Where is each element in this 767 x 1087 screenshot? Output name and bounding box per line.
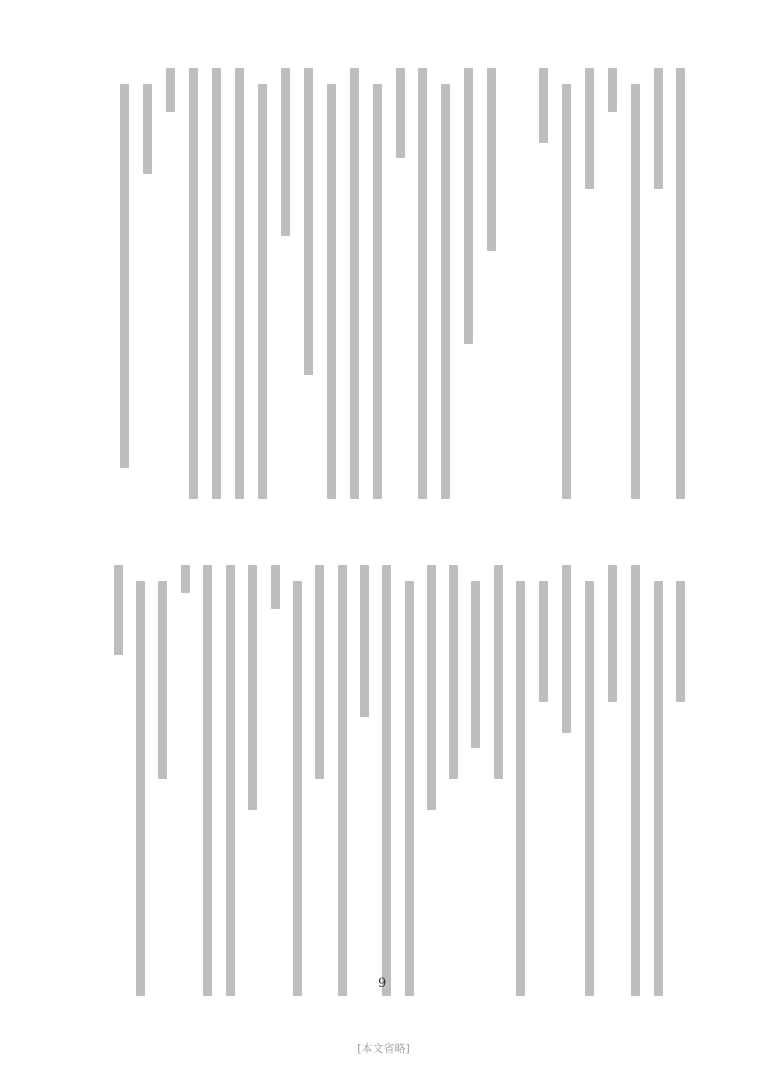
text-column-redacted <box>248 565 257 810</box>
text-column-redacted <box>120 84 129 469</box>
text-column-redacted <box>631 565 640 996</box>
text-column-redacted <box>136 581 145 997</box>
text-column-redacted <box>608 565 617 702</box>
text-column-redacted <box>315 565 324 779</box>
text-column-redacted <box>449 565 458 779</box>
text-column-redacted <box>405 581 414 997</box>
text-column-redacted <box>293 581 302 997</box>
text-column-redacted <box>235 68 244 499</box>
text-column-redacted <box>516 581 525 997</box>
text-column-redacted <box>631 84 640 500</box>
text-column-redacted <box>181 565 190 593</box>
text-column-redacted <box>212 68 221 499</box>
text-column-redacted <box>676 68 685 499</box>
text-column-redacted <box>114 565 123 655</box>
text-column-redacted <box>585 581 594 997</box>
text-column-redacted <box>654 68 663 189</box>
text-column-redacted <box>258 84 267 500</box>
text-column-redacted <box>304 68 313 375</box>
text-column-redacted <box>441 84 450 500</box>
text-column-redacted <box>654 581 663 997</box>
text-column-redacted <box>562 565 571 733</box>
text-column-redacted <box>382 565 391 996</box>
text-column-redacted <box>281 68 290 236</box>
text-column-redacted <box>539 581 548 702</box>
text-column-redacted <box>562 84 571 500</box>
text-column-redacted <box>338 565 347 996</box>
text-column-redacted <box>676 581 685 702</box>
text-column-redacted <box>271 565 280 609</box>
text-column-redacted <box>585 68 594 189</box>
text-column-redacted <box>327 84 336 500</box>
text-column-redacted <box>464 68 473 344</box>
text-column-redacted <box>608 68 617 112</box>
text-column-redacted <box>418 68 427 499</box>
text-column-redacted <box>487 68 496 251</box>
text-column-redacted <box>494 565 503 779</box>
page-number: 9 <box>378 976 386 991</box>
text-column-redacted <box>360 565 369 717</box>
text-column-redacted <box>396 68 405 158</box>
text-column-redacted <box>189 68 198 499</box>
redaction-notice: [本文省略] <box>0 1040 767 1056</box>
text-column-redacted <box>226 565 235 996</box>
text-column-redacted <box>471 581 480 749</box>
text-column-redacted <box>539 68 548 143</box>
text-column-redacted <box>166 68 175 112</box>
text-column-redacted <box>203 565 212 996</box>
text-column-redacted <box>373 84 382 500</box>
text-column-redacted <box>143 84 152 174</box>
document-page: 9 [本文省略] <box>0 0 767 1087</box>
text-column-redacted <box>427 565 436 810</box>
text-column-redacted <box>350 68 359 499</box>
text-column-redacted <box>158 581 167 780</box>
